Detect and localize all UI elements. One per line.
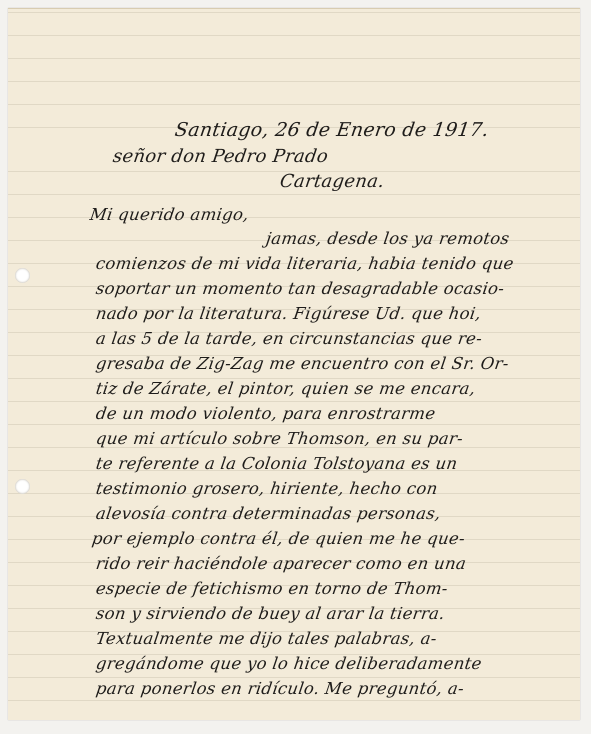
- body-line: te referente a la Colonia Tolstoyana es …: [95, 454, 459, 473]
- body-line: alevosía contra determinadas personas,: [95, 504, 442, 523]
- greeting: Mi querido amigo,: [89, 205, 251, 224]
- punch-hole-bottom: [15, 479, 30, 494]
- body-line: para ponerlos en ridículo. Me preguntó, …: [95, 679, 466, 698]
- body-line: que mi artículo sobre Thomson, en su par…: [95, 429, 465, 448]
- body-line: Textualmente me dijo tales palabras, a-: [95, 629, 438, 648]
- body-line: especie de fetichismo en torno de Thom-: [95, 579, 449, 598]
- body-line: tiz de Zárate, el pintor, quien se me en…: [95, 379, 477, 398]
- recipient-line: señor don Pedro Prado: [112, 146, 330, 167]
- body-line: testimonio grosero, hiriente, hecho con: [95, 479, 439, 498]
- body-line: por ejemplo contra él, de quien me he qu…: [91, 529, 467, 548]
- body-line: son y sirviendo de buey al arar la tierr…: [95, 604, 447, 623]
- letter-page: Santiago, 26 de Enero de 1917. señor don…: [8, 8, 580, 720]
- body-line: jamas, desde los ya remotos: [265, 229, 511, 248]
- body-line: de un modo violento, para enrostrarme: [95, 404, 437, 423]
- body-line: soportar un momento tan desagradable oca…: [95, 279, 506, 298]
- punch-hole-top: [15, 268, 30, 283]
- body-line: nado por la literatura. Figúrese Ud. que…: [95, 304, 483, 323]
- date-line: Santiago, 26 de Enero de 1917.: [173, 119, 490, 141]
- location-line: Cartagena.: [279, 171, 386, 192]
- body-line: rido reir haciéndole aparecer como en un…: [95, 554, 468, 573]
- body-line: a las 5 de la tarde, en circunstancias q…: [95, 329, 484, 348]
- body-line: gregándome que yo lo hice deliberadament…: [95, 654, 483, 673]
- body-line: gresaba de Zig-Zag me encuentro con el S…: [95, 354, 510, 373]
- body-line: comienzos de mi vida literaria, habia te…: [95, 254, 515, 273]
